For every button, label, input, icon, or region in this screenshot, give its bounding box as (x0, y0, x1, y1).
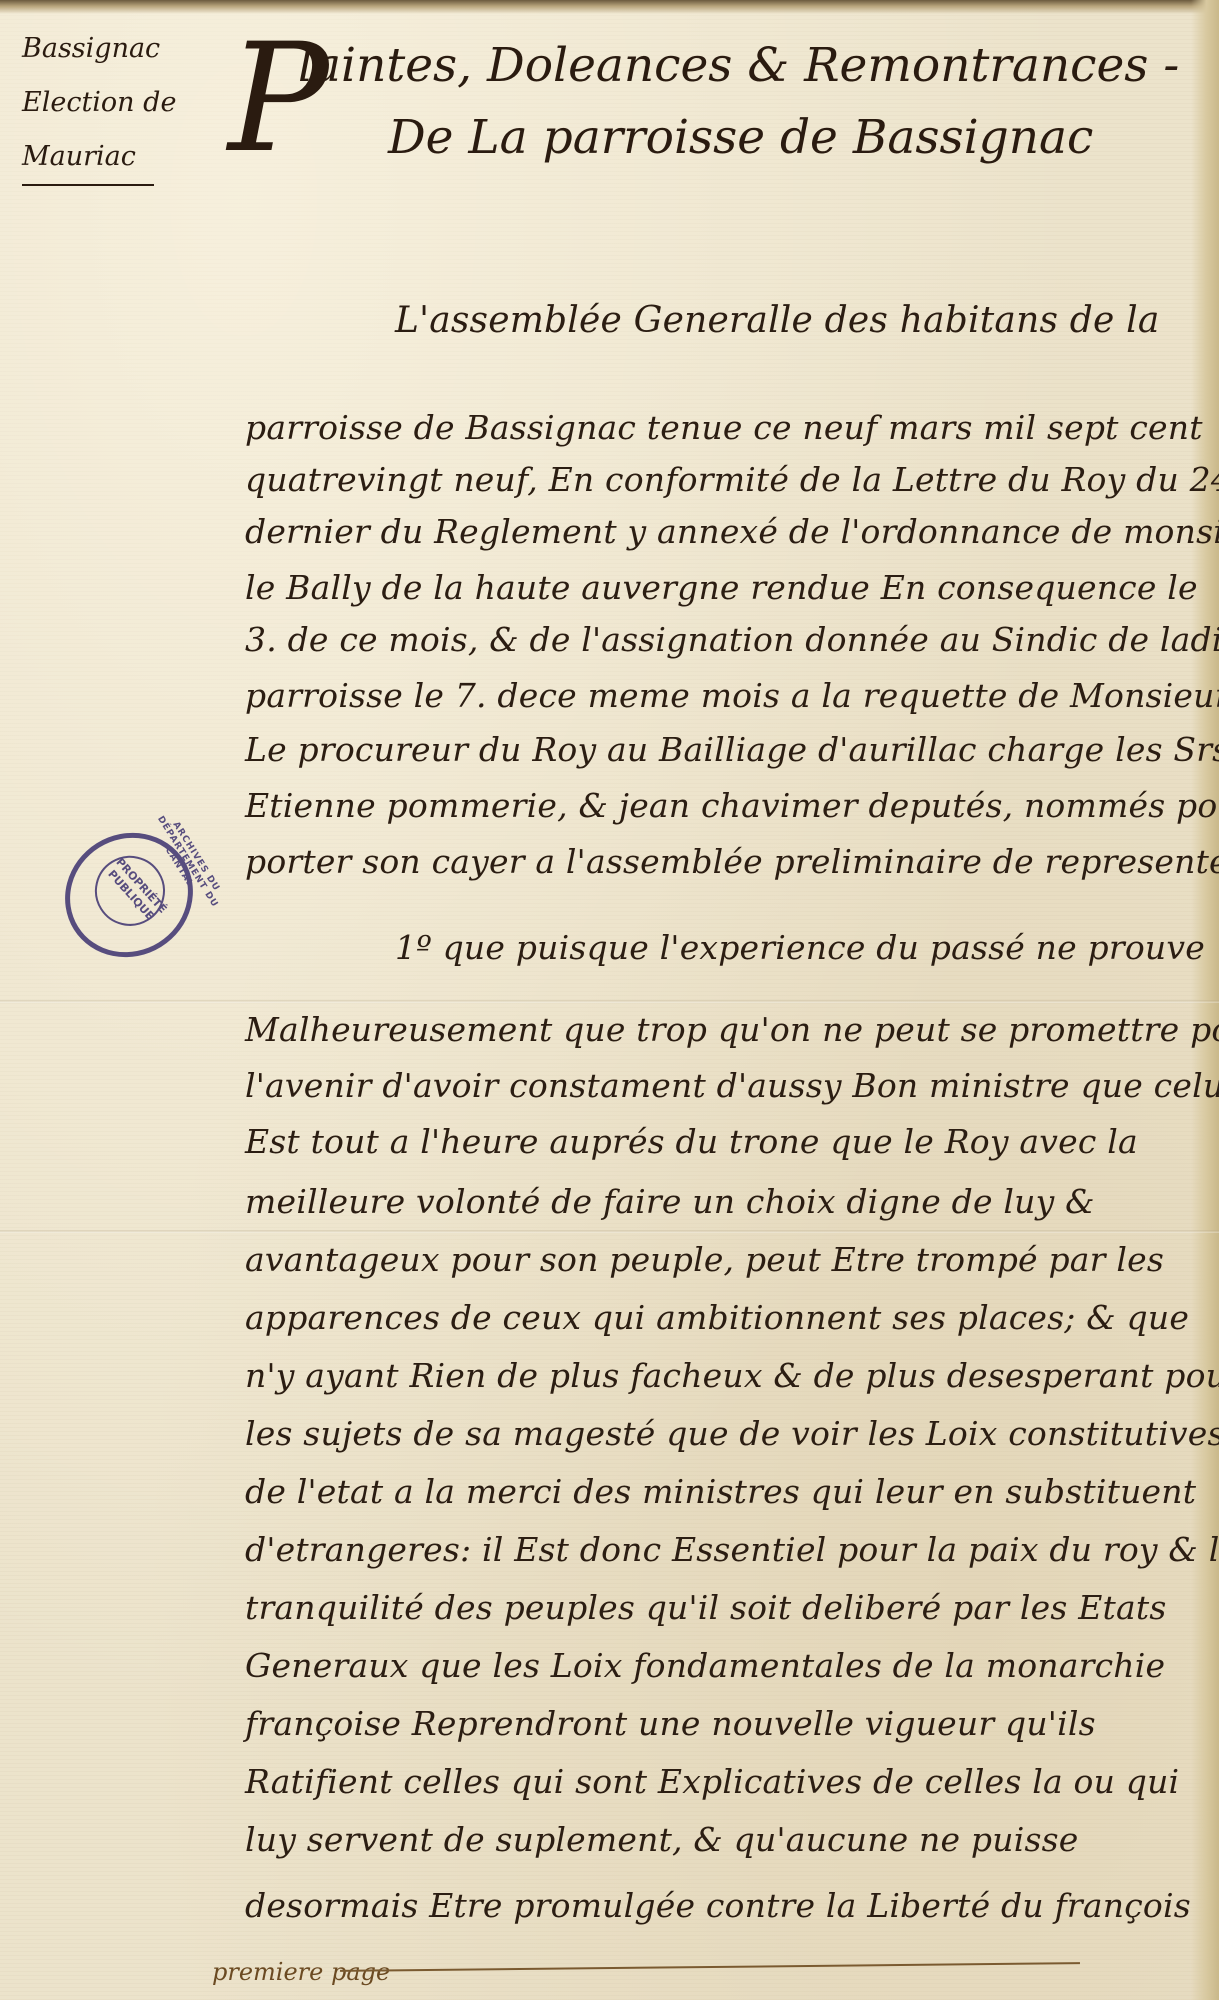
body-line: n'y ayant Rien de plus facheux & de plus… (245, 1356, 1219, 1395)
body-line: parroisse le 7. dece meme mois a la requ… (245, 676, 1219, 715)
body-line: d'etrangeres: il Est donc Essentiel pour… (245, 1530, 1219, 1569)
archive-stamp: ARCHIVES DU DÉPARTEMENT DU CANTAL PROPRI… (42, 809, 217, 981)
margin-note-parish: Bassignac (22, 22, 212, 76)
paper-fold-line (0, 1230, 1219, 1233)
body-line: 1º que puisque l'experience du passé ne … (395, 928, 1205, 967)
body-line: Etienne pommerie, & jean chavimer deputé… (245, 786, 1219, 825)
body-line: les sujets de sa magesté que de voir les… (245, 1414, 1219, 1453)
margin-note-town: Mauriac (22, 130, 154, 186)
body-line: L'assemblée Generalle des habitans de la (395, 300, 1160, 341)
body-line: apparences de ceux qui ambitionnent ses … (245, 1298, 1189, 1337)
body-line: tranquilité des peuples qu'il soit delib… (245, 1588, 1166, 1627)
body-line: parroisse de Bassignac tenue ce neuf mar… (245, 408, 1203, 447)
body-line: meilleure volonté de faire un choix dign… (245, 1182, 1095, 1221)
title-line-2: De La parroisse de Bassignac (388, 102, 1188, 174)
body-line: Generaux que les Loix fondamentales de l… (245, 1646, 1165, 1685)
paper-fold-line (0, 1000, 1219, 1003)
body-line: dernier du Reglement y annexé de l'ordon… (245, 512, 1219, 551)
body-line: desormais Etre promulgée contre la Liber… (245, 1886, 1191, 1925)
body-line: françoise Reprendront une nouvelle vigue… (245, 1704, 1096, 1743)
body-line: avantageux pour son peuple, peut Etre tr… (245, 1240, 1164, 1279)
margin-note: Bassignac Election de Mauriac (22, 22, 212, 186)
margin-note-election: Election de (22, 76, 212, 130)
torn-top-edge (0, 0, 1219, 14)
body-line: de l'etat a la merci des ministres qui l… (245, 1472, 1196, 1511)
body-line: Ratifient celles qui sont Explicatives d… (245, 1762, 1179, 1801)
body-line: porter son cayer a l'assemblée prelimina… (245, 842, 1219, 881)
document-title: P laintes, Doleances & Remontrances - De… (228, 30, 1188, 174)
body-line: le Bally de la haute auvergne rendue En … (245, 568, 1198, 607)
body-line: 3. de ce mois, & de l'assignation donnée… (245, 620, 1219, 659)
title-line-1: laintes, Doleances & Remontrances - (298, 30, 1188, 102)
body-line: Le procureur du Roy au Bailliage d'auril… (245, 730, 1219, 769)
body-line: Est tout a l'heure auprés du trone que l… (245, 1122, 1138, 1161)
body-line: l'avenir d'avoir constament d'aussy Bon … (245, 1066, 1219, 1105)
title-initial: P (228, 24, 329, 174)
page-footer-note: premiere page (212, 1958, 390, 1986)
manuscript-page: Bassignac Election de Mauriac P laintes,… (0, 0, 1219, 2000)
body-line: Malheureusement que trop qu'on ne peut s… (245, 1010, 1219, 1049)
footer-rule (340, 1962, 1080, 1972)
body-line: quatrevingt neuf, En conformité de la Le… (245, 460, 1219, 499)
body-line: luy servent de suplement, & qu'aucune ne… (245, 1820, 1078, 1859)
